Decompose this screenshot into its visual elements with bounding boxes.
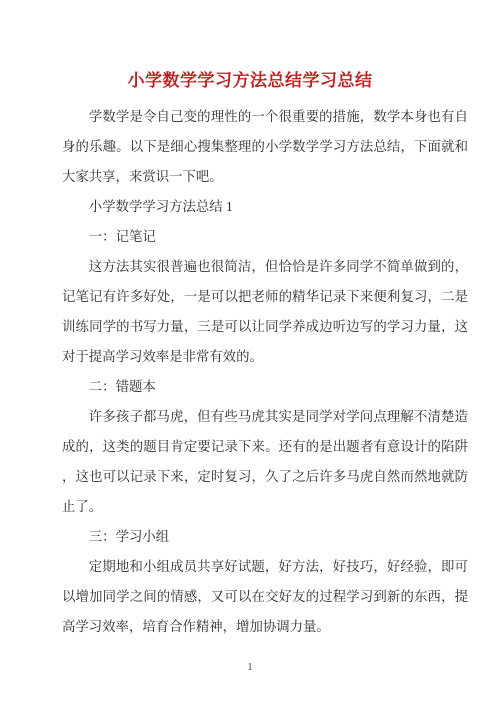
paragraph-intro: 学数学是令自己变的理性的一个很重要的措施，数学本身也有自身的乐趣。以下是细心搜集… [62,102,468,192]
document-title: 小学数学学习方法总结学习总结 [0,0,500,96]
section-heading-1: 一：记笔记 [62,222,468,252]
paragraph-mistake-book: 许多孩子都马虎，但有些马虎其实是同学对学问点理解不清楚造成的，这类的题目肯定要记… [62,402,468,522]
paragraph-notes: 这方法其实很普遍也很简洁，但恰恰是许多同学不简单做到的，记笔记有许多好处，一是可… [62,252,468,372]
page-number: 1 [0,661,500,673]
paragraph-study-group: 定期地和小组成员共享好试题，好方法，好技巧，好经验，即可以增加同学之间的情感，又… [62,552,468,642]
document-body: 学数学是令自己变的理性的一个很重要的措施，数学本身也有自身的乐趣。以下是细心搜集… [62,102,468,642]
section-heading-3: 三：学习小组 [62,522,468,552]
section-heading-2: 二：错题本 [62,372,468,402]
document-page: 小学数学学习方法总结学习总结 学数学是令自己变的理性的一个很重要的措施，数学本身… [0,0,500,707]
document-subtitle: 小学数学学习方法总结 1 [62,192,468,222]
